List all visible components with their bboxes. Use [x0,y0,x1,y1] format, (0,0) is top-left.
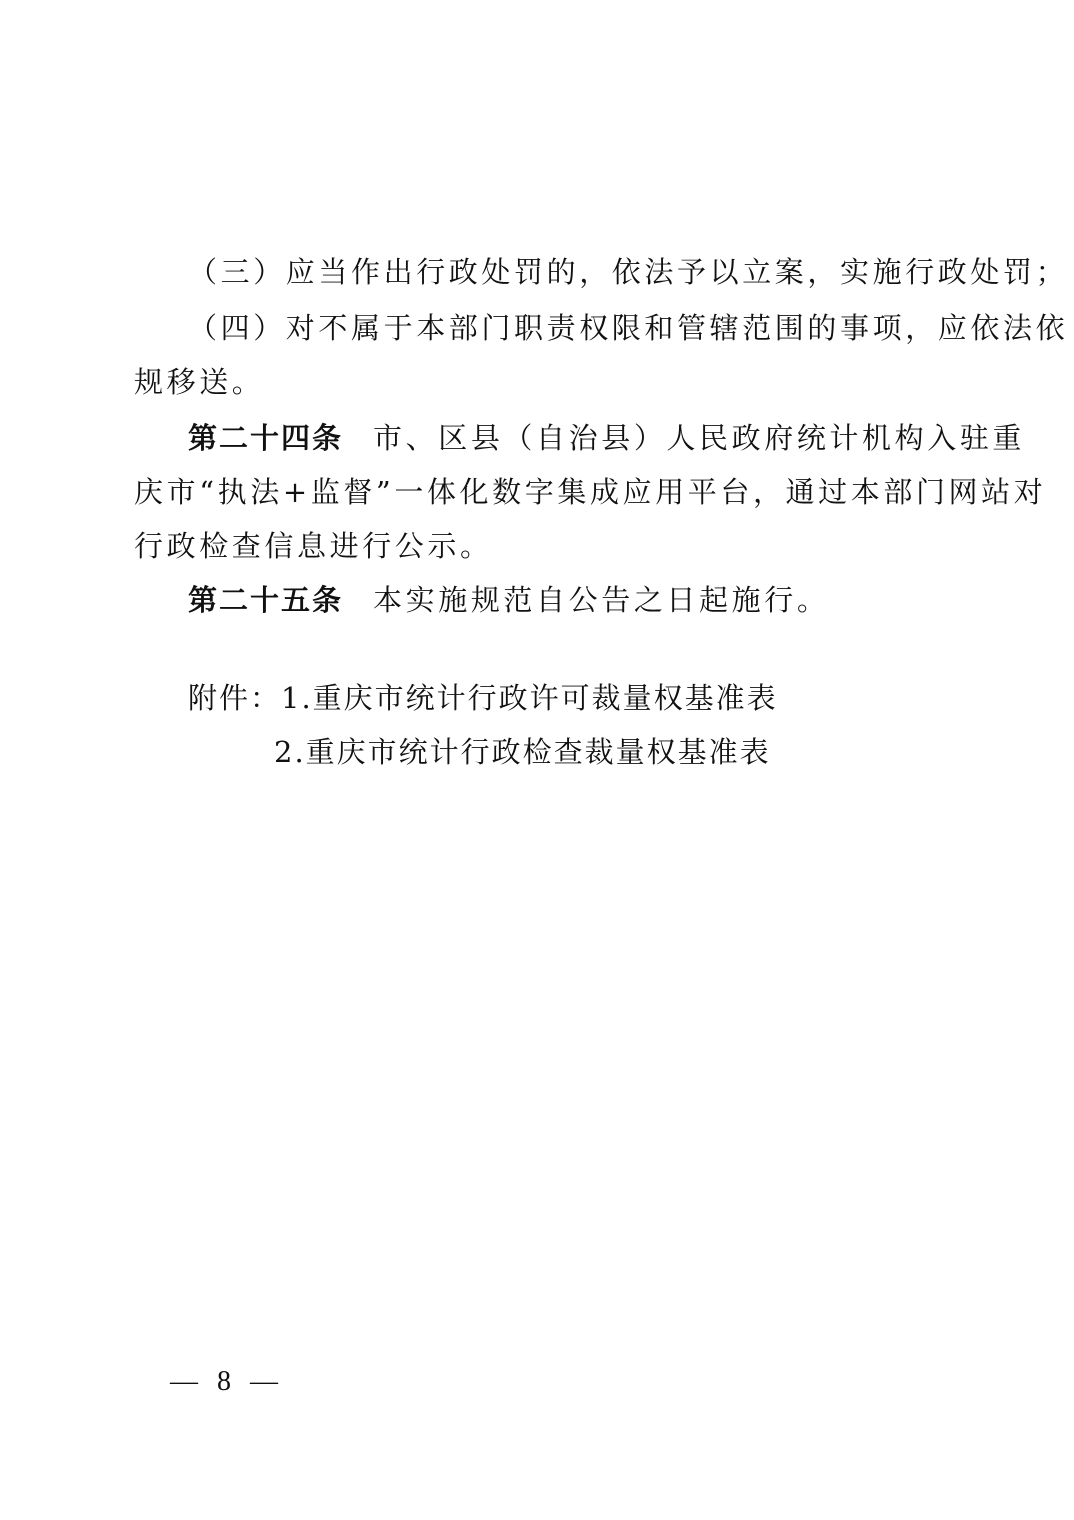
article-24-heading: 第二十四条 [188,421,343,455]
paragraph-item-4-line-1: （四）对不属于本部门职责权限和管辖范围的事项，应依法依 [188,308,944,348]
attachment-item-1: 1.重庆市统计行政许可裁量权基准表 [281,681,778,715]
article-25-heading: 第二十五条 [188,583,343,617]
page-number: — 8 — [170,1364,284,1400]
article-24-line-2: 庆市“执法+监督”一体化数字集成应用平台，通过本部门网站对 [134,472,944,512]
attachment-line-1: 附件：1.重庆市统计行政许可裁量权基准表 [188,678,944,718]
attachment-label: 附件： [188,681,281,715]
article-25-text: 本实施规范自公告之日起施行。 [373,583,829,617]
attachment-item-2: 2.重庆市统计行政检查裁量权基准表 [274,732,1074,772]
paragraph-item-3: （三）应当作出行政处罚的，依法予以立案，实施行政处罚； [188,252,944,292]
article-24-text: 市、区县（自治县）人民政府统计机构入驻重 [373,421,1025,455]
paragraph-item-4-line-2: 规移送。 [134,362,944,402]
article-24-line-1: 第二十四条市、区县（自治县）人民政府统计机构入驻重 [188,418,944,458]
article-25-line-1: 第二十五条本实施规范自公告之日起施行。 [188,580,944,620]
document-page: （三）应当作出行政处罚的，依法予以立案，实施行政处罚； （四）对不属于本部门职责… [0,0,1074,1520]
article-24-line-3: 行政检查信息进行公示。 [134,526,944,566]
